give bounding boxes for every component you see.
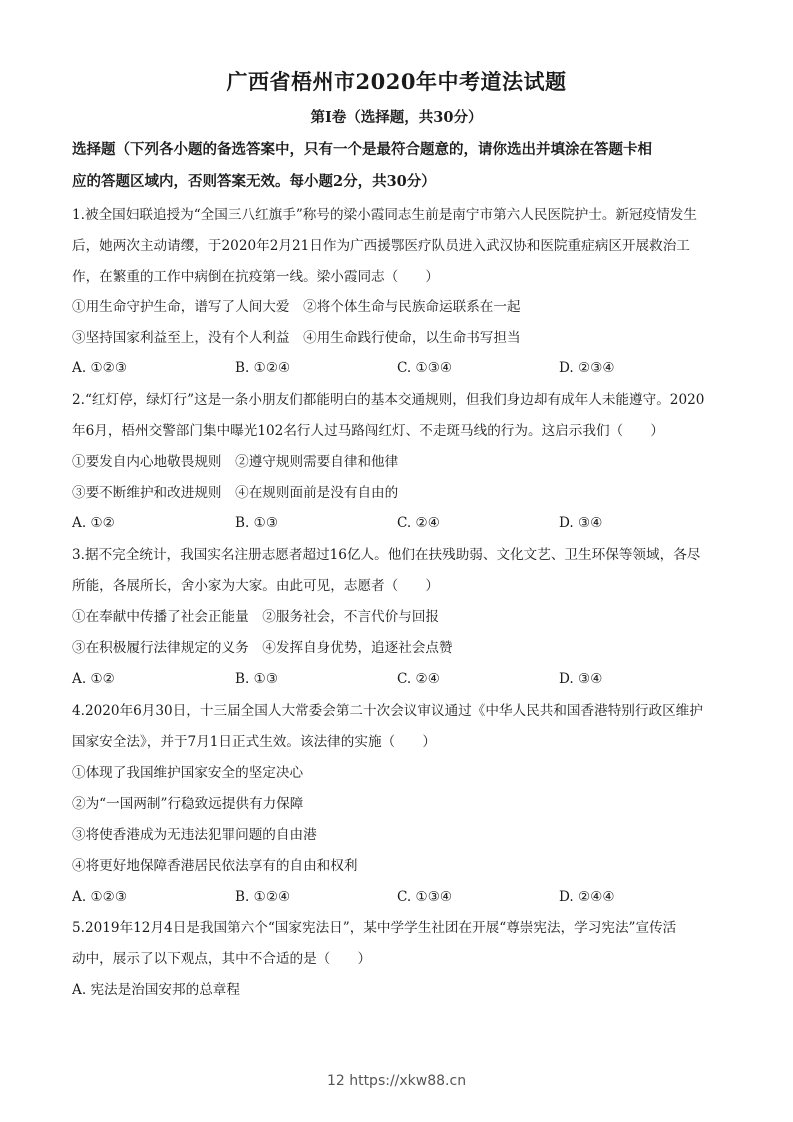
q1-stem-line-3: 作，在繁重的工作中病倒在抗疫第一线。梁小霞同志（ ）: [72, 267, 439, 287]
page-title: 广西省梧州市2020年中考道法试题: [0, 66, 793, 96]
page-footer: 12 https://xkw88.cn: [0, 1073, 793, 1089]
q3-statement-line-2: ③在积极履行法律规定的义务 ④发挥自身优势，追逐社会点赞: [72, 638, 453, 658]
q4-option-b: B. ①②④: [235, 887, 290, 907]
q1-statement-line-2: ③坚持国家利益至上，没有个人利益 ④用生命践行使命，以生命书写担当: [72, 328, 521, 348]
q4-stem-line-1: 4.2020年6月30日，十三届全国人大常委会第二十次会议审议通过《中华人民共和…: [72, 701, 703, 721]
q2-stem-line-1: 2.“红灯停，绿灯行”这是一条小朋友们都能明白的基本交通规则，但我们身边却有成年…: [72, 390, 704, 410]
q3-option-d: D. ③④: [559, 669, 602, 689]
q4-statement-line-3: ③将使香港成为无违法犯罪问题的自由港: [72, 825, 317, 845]
q1-statement-line-1: ①用生命守护生命，谱写了人间大爱 ②将个体生命与民族命运联系在一起: [72, 297, 521, 317]
q4-option-d: D. ②④④: [559, 887, 615, 907]
q2-option-a: A. ①②: [72, 513, 115, 533]
q1-option-a: A. ①②③: [72, 358, 127, 378]
q3-option-a: A. ①②: [72, 669, 115, 689]
q4-options: A. ①②③ B. ①②④ C. ①③④ D. ②④④: [72, 887, 732, 907]
q3-options: A. ①② B. ①③ C. ②④ D. ③④: [72, 669, 732, 689]
q5-stem-line-2: 动中，展示了以下观点，其中不合适的是（ ）: [72, 949, 371, 969]
q3-option-c: C. ②④: [397, 669, 440, 689]
section-subtitle: 第Ⅰ卷（选择题，共30分）: [0, 106, 793, 127]
document-page: 广西省梧州市2020年中考道法试题 第Ⅰ卷（选择题，共30分） 选择题（下列各小…: [0, 0, 793, 1122]
q3-statement-line-1: ①在奉献中传播了社会正能量 ②服务社会，不言代价与回报: [72, 607, 439, 627]
q2-statement-line-1: ①要发自内心地敬畏规则 ②遵守规则需要自律和他律: [72, 452, 398, 472]
q2-option-d: D. ③④: [559, 513, 602, 533]
instructions-line-2: 应的答题区域内，否则答案无效。每小题2分，共30分）: [72, 172, 436, 192]
q2-option-c: C. ②④: [397, 513, 440, 533]
q4-option-a: A. ①②③: [72, 887, 127, 907]
q1-option-d: D. ②③④: [559, 358, 615, 378]
q1-stem-line-1: 1.被全国妇联追授为“全国三八红旗手”称号的梁小霞同志生前是南宁市第六人民医院护…: [72, 205, 697, 225]
q1-stem-line-2: 后，她两次主动请缨，于2020年2月21日作为广西援鄂医疗队员进入武汉协和医院重…: [72, 236, 690, 256]
q1-option-c: C. ①③④: [397, 358, 452, 378]
q5-stem-line-1: 5.2019年12月4日是我国第六个“国家宪法日”，某中学学生社团在开展“尊崇宪…: [72, 918, 676, 938]
q4-stem-line-2: 国家安全法》，并于7月1日正式生效。该法律的实施（ ）: [72, 732, 436, 752]
q2-option-b: B. ①③: [235, 513, 278, 533]
q2-options: A. ①② B. ①③ C. ②④ D. ③④: [72, 513, 732, 533]
q4-option-c: C. ①③④: [397, 887, 452, 907]
q2-statement-line-2: ③要不断维护和改进规则 ④在规则面前是没有自由的: [72, 483, 398, 503]
q3-stem-line-1: 3.据不完全统计，我国实名注册志愿者超过16亿人。他们在扶残助弱、文化文艺、卫生…: [72, 545, 700, 565]
q1-option-b: B. ①②④: [235, 358, 290, 378]
q3-stem-line-2: 所能，各展所长，舍小家为大家。由此可见，志愿者（ ）: [72, 576, 439, 596]
q2-stem-line-2: 年6月，梧州交警部门集中曝光102名行人过马路闯红灯、不走斑马线的行为。这启示我…: [72, 421, 664, 441]
q3-option-b: B. ①③: [235, 669, 278, 689]
q4-statement-line-1: ①体现了我国维护国家安全的坚定决心: [72, 763, 303, 783]
q4-statement-line-2: ②为“一国两制”行稳致远提供有力保障: [72, 794, 303, 814]
q1-options: A. ①②③ B. ①②④ C. ①③④ D. ②③④: [72, 358, 732, 378]
instructions-line-1: 选择题（下列各小题的备选答案中，只有一个是最符合题意的，请你选出并填涂在答题卡相: [72, 140, 652, 160]
q5-option-a: A. 宪法是治国安邦的总章程: [72, 980, 240, 1000]
q4-statement-line-4: ④将更好地保障香港居民依法享有的自由和权利: [72, 856, 357, 876]
